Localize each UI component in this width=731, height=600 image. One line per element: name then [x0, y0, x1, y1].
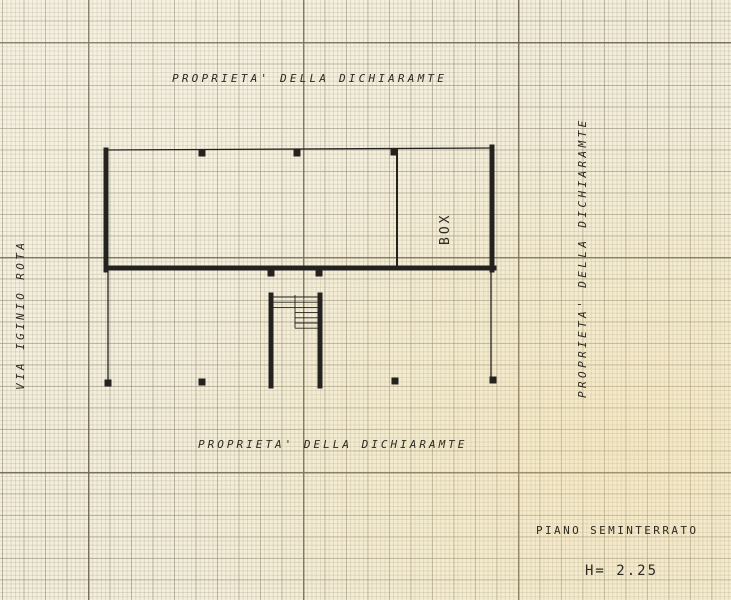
pillar-4 [268, 270, 275, 277]
label-street: VIA IGINIO ROTA [14, 240, 27, 390]
pillar-9 [490, 377, 497, 384]
pillar-3 [391, 149, 398, 156]
pillar-7 [199, 379, 206, 386]
label-floor-height: H= 2.25 [585, 563, 658, 579]
graph-paper-sheet: PROPRIETA' DELLA DICHIARAMTE PROPRIETA' … [0, 0, 731, 600]
pillar-2 [294, 150, 301, 157]
label-bottom-property: PROPRIETA' DELLA DICHIARAMTE [198, 438, 467, 451]
pillar-8 [392, 378, 399, 385]
label-floor-name: PIANO SEMINTERRATO [536, 524, 698, 537]
pillar-6 [105, 380, 112, 387]
pillar-5 [316, 270, 323, 277]
label-top-property: PROPRIETA' DELLA DICHIARAMTE [172, 72, 447, 85]
label-room-box: BOX [438, 213, 453, 245]
floor-plan [0, 0, 731, 600]
pillar-1 [199, 150, 206, 157]
label-right-property: PROPRIETA' DELLA DICHIARAMTE [576, 117, 589, 398]
